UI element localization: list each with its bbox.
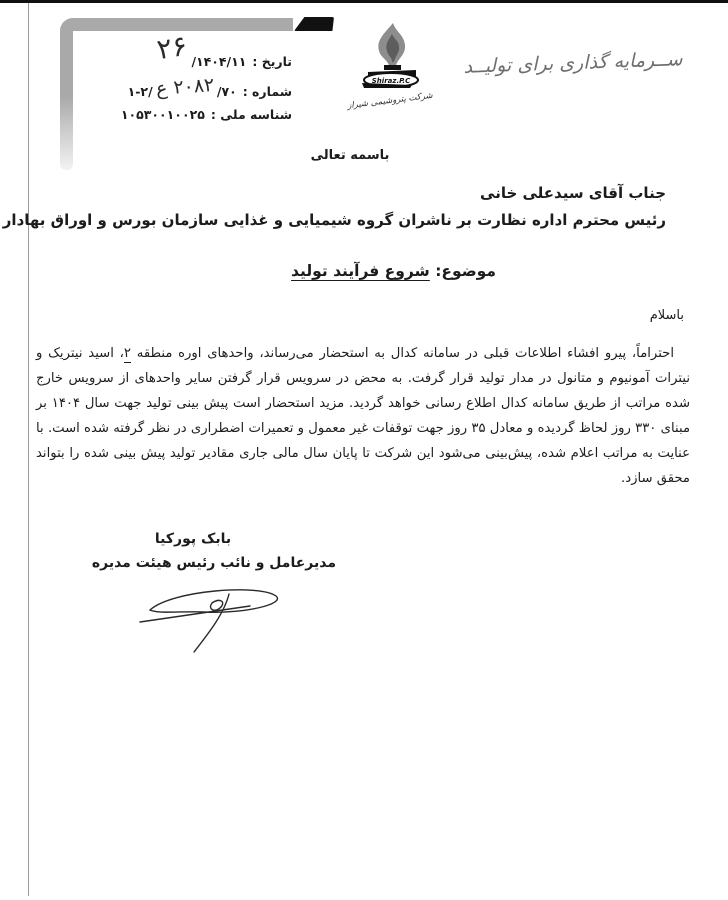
subject-line: موضوع: شروع فرآیند تولید (291, 262, 496, 280)
subject-label: موضوع: (435, 262, 496, 280)
scan-edge-left (28, 3, 29, 896)
handwritten-signature (132, 572, 302, 654)
logo-company-name-fa: شرکت پتروشیمی شیراز (347, 91, 433, 111)
national-id-field: شناسه ملی : ۱۰۵۳۰۰۱۰۰۲۵ (42, 107, 292, 122)
scan-edge-top (0, 0, 728, 3)
body-part2: ، اسید نیتریک و نیترات آمونیوم و متانول … (36, 346, 690, 486)
signatory-name: بابک پورکیا (104, 531, 336, 547)
number-suffix: /۱-۲ (128, 84, 153, 99)
salutation: باسلام (650, 308, 684, 323)
date-field: تاریخ : ۱۴۰۴/۱۱/ ۲۶ (42, 40, 292, 73)
date-value: ۱۴۰۴/۱۱/ (191, 54, 246, 69)
number-handwritten: ۲۰۸۲ ع (155, 74, 215, 100)
letterhead-frame-black-cap (294, 17, 334, 31)
body-paragraph: احتراماً، پیرو افشاء اطلاعات قبلی در سام… (36, 341, 690, 491)
recipient-block: جناب آقای سیدعلی خانی رئیس محترم اداره ن… (36, 184, 666, 229)
slogan-calligraphy: ســرمایه گذاری برای تولیــد (448, 48, 699, 79)
torch-logo-icon: Shiraz.P.C (348, 22, 432, 88)
recipient-title: رئیس محترم اداره نظارت بر ناشران گروه شی… (36, 211, 666, 229)
bismillah: باسمه تعالی (0, 148, 700, 163)
signature-block: بابک پورکیا مدیرعامل و نائب رئیس هیئت مد… (104, 531, 336, 571)
recipient-name: جناب آقای سیدعلی خانی (36, 184, 666, 202)
date-handwritten-day: ۲۶ (155, 29, 190, 66)
subject-text: شروع فرآیند تولید (291, 262, 430, 280)
letterhead-fields: تاریخ : ۱۴۰۴/۱۱/ ۲۶ شماره : ۷۰/ ۲۰۸۲ ع /… (42, 40, 292, 128)
company-logo: Shiraz.P.C شرکت پتروشیمی شیراز (342, 22, 438, 107)
national-id-label: شناسه ملی : (211, 107, 292, 122)
body-part1: احتراماً، پیرو افشاء اطلاعات قبلی در سام… (131, 346, 674, 361)
date-label: تاریخ : (252, 54, 292, 69)
letter-page: تاریخ : ۱۴۰۴/۱۱/ ۲۶ شماره : ۷۰/ ۲۰۸۲ ع /… (0, 0, 728, 900)
number-prefix: ۷۰/ (217, 84, 237, 99)
signatory-title: مدیرعامل و نائب رئیس هیئت مدیره (104, 555, 336, 571)
number-label: شماره : (243, 84, 292, 99)
body-underlined-number: ۲ (124, 346, 131, 363)
number-field: شماره : ۷۰/ ۲۰۸۲ ع /۱-۲ (42, 79, 292, 101)
national-id-value: ۱۰۵۳۰۰۱۰۰۲۵ (121, 107, 205, 122)
